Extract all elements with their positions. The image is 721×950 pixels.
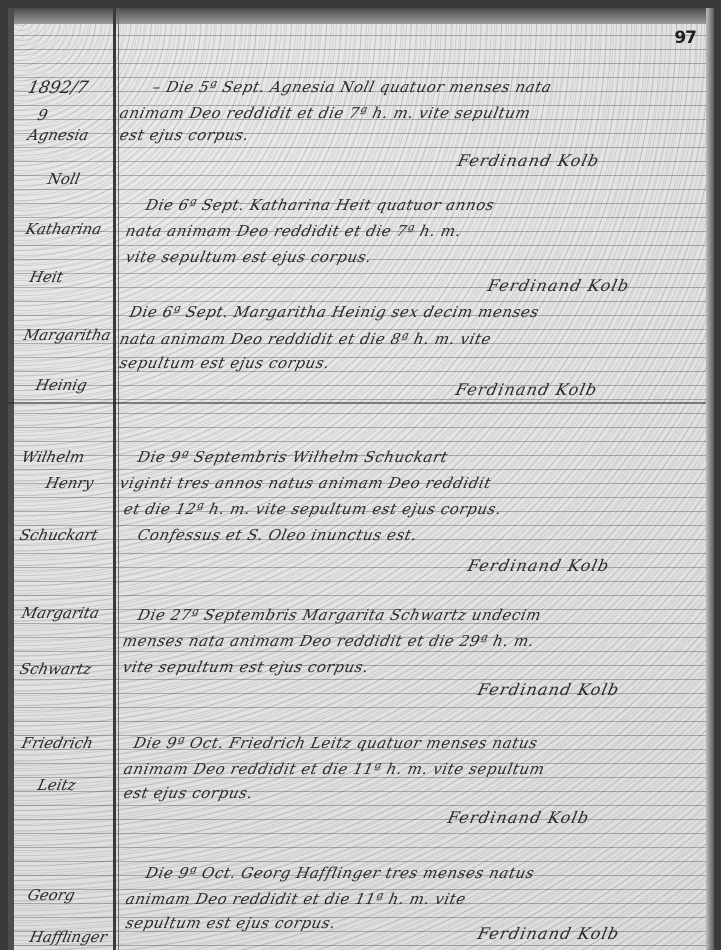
register-page: 97 1892/7 9 Agnesia Noll – Die 5ª Sept. …: [8, 8, 714, 950]
entry-line: et die 12ª h. m. vite sepultum est ejus …: [122, 500, 503, 518]
entry-line: – Die 5ª Sept. Agnesia Noll quatuor mens…: [151, 78, 553, 96]
year-marker: 1892/7: [26, 78, 90, 98]
margin-name: Leitz: [36, 776, 77, 794]
entry-line: sepultum est ejus corpus.: [118, 354, 331, 372]
priest-signature: Ferdinand Kolb: [466, 556, 612, 575]
margin-name: Wilhelm: [20, 448, 86, 466]
margin-name: Georg: [26, 886, 76, 904]
margin-name: Katharina: [24, 220, 103, 238]
priest-signature: Ferdinand Kolb: [476, 924, 622, 943]
margin-name: Friedrich: [20, 734, 95, 752]
entry-line: Die 27ª Septembris Margarita Schwartz un…: [136, 606, 543, 624]
entry-line: vite sepultum est ejus corpus.: [121, 658, 370, 676]
entry-line: vite sepultum est ejus corpus.: [124, 248, 373, 266]
margin-name: Noll: [46, 170, 82, 188]
scan-right-border: [706, 8, 714, 950]
margin-column-divider: [113, 8, 116, 950]
margin-name: Margaritha: [22, 326, 112, 344]
margin-name: Schuckart: [18, 526, 99, 544]
margin-column-divider-inner: [118, 8, 119, 950]
page-number: 97: [674, 28, 696, 48]
entry-line: animam Deo reddidit et die 11ª h. m. vit…: [124, 890, 468, 908]
scan-left-border: [8, 8, 14, 950]
entry-line: menses nata animam Deo reddidit et die 2…: [121, 632, 536, 650]
entry-line: nata animam Deo reddidit et die 7ª h. m.: [124, 222, 463, 240]
entry-line: est ejus corpus.: [118, 126, 251, 144]
entry-line: Die 6ª Sept. Katharina Heit quatuor anno…: [144, 196, 496, 214]
margin-name: Schwartz: [18, 660, 93, 678]
entry-separator: [8, 402, 706, 404]
entry-line: Confessus et S. Oleo inunctus est.: [136, 526, 419, 544]
entry-line: animam Deo reddidit et die 7ª h. m. vite…: [118, 104, 532, 122]
priest-signature: Ferdinand Kolb: [456, 151, 602, 170]
margin-name: Henry: [44, 474, 95, 492]
margin-name: Heit: [28, 268, 65, 286]
entry-line: Die 9ª Oct. Georg Hafflinger tres menses…: [144, 864, 536, 882]
entry-line: est ejus corpus.: [122, 784, 255, 802]
margin-name: 9: [36, 106, 49, 124]
entry-line: sepultum est ejus corpus.: [124, 914, 337, 932]
entry-line: animam Deo reddidit et die 11ª h. m. vit…: [122, 760, 546, 778]
margin-name: Hafflinger: [28, 928, 109, 946]
priest-signature: Ferdinand Kolb: [476, 680, 622, 699]
entry-line: Die 9ª Oct. Friedrich Leitz quatuor mens…: [132, 734, 539, 752]
priest-signature: Ferdinand Kolb: [446, 808, 592, 827]
entry-line: nata animam Deo reddidit et die 8ª h. m.…: [118, 330, 493, 348]
entry-line: viginti tres annos natus animam Deo redd…: [118, 474, 493, 492]
margin-name: Agnesia: [26, 126, 90, 144]
entry-line: Die 6ª Sept. Margaritha Heinig sex decim…: [128, 303, 541, 321]
entry-line: Die 9ª Septembris Wilhelm Schuckart: [136, 448, 449, 466]
priest-signature: Ferdinand Kolb: [486, 276, 632, 295]
margin-name: Heinig: [34, 376, 89, 394]
margin-name: Margarita: [20, 604, 101, 622]
priest-signature: Ferdinand Kolb: [454, 380, 600, 399]
